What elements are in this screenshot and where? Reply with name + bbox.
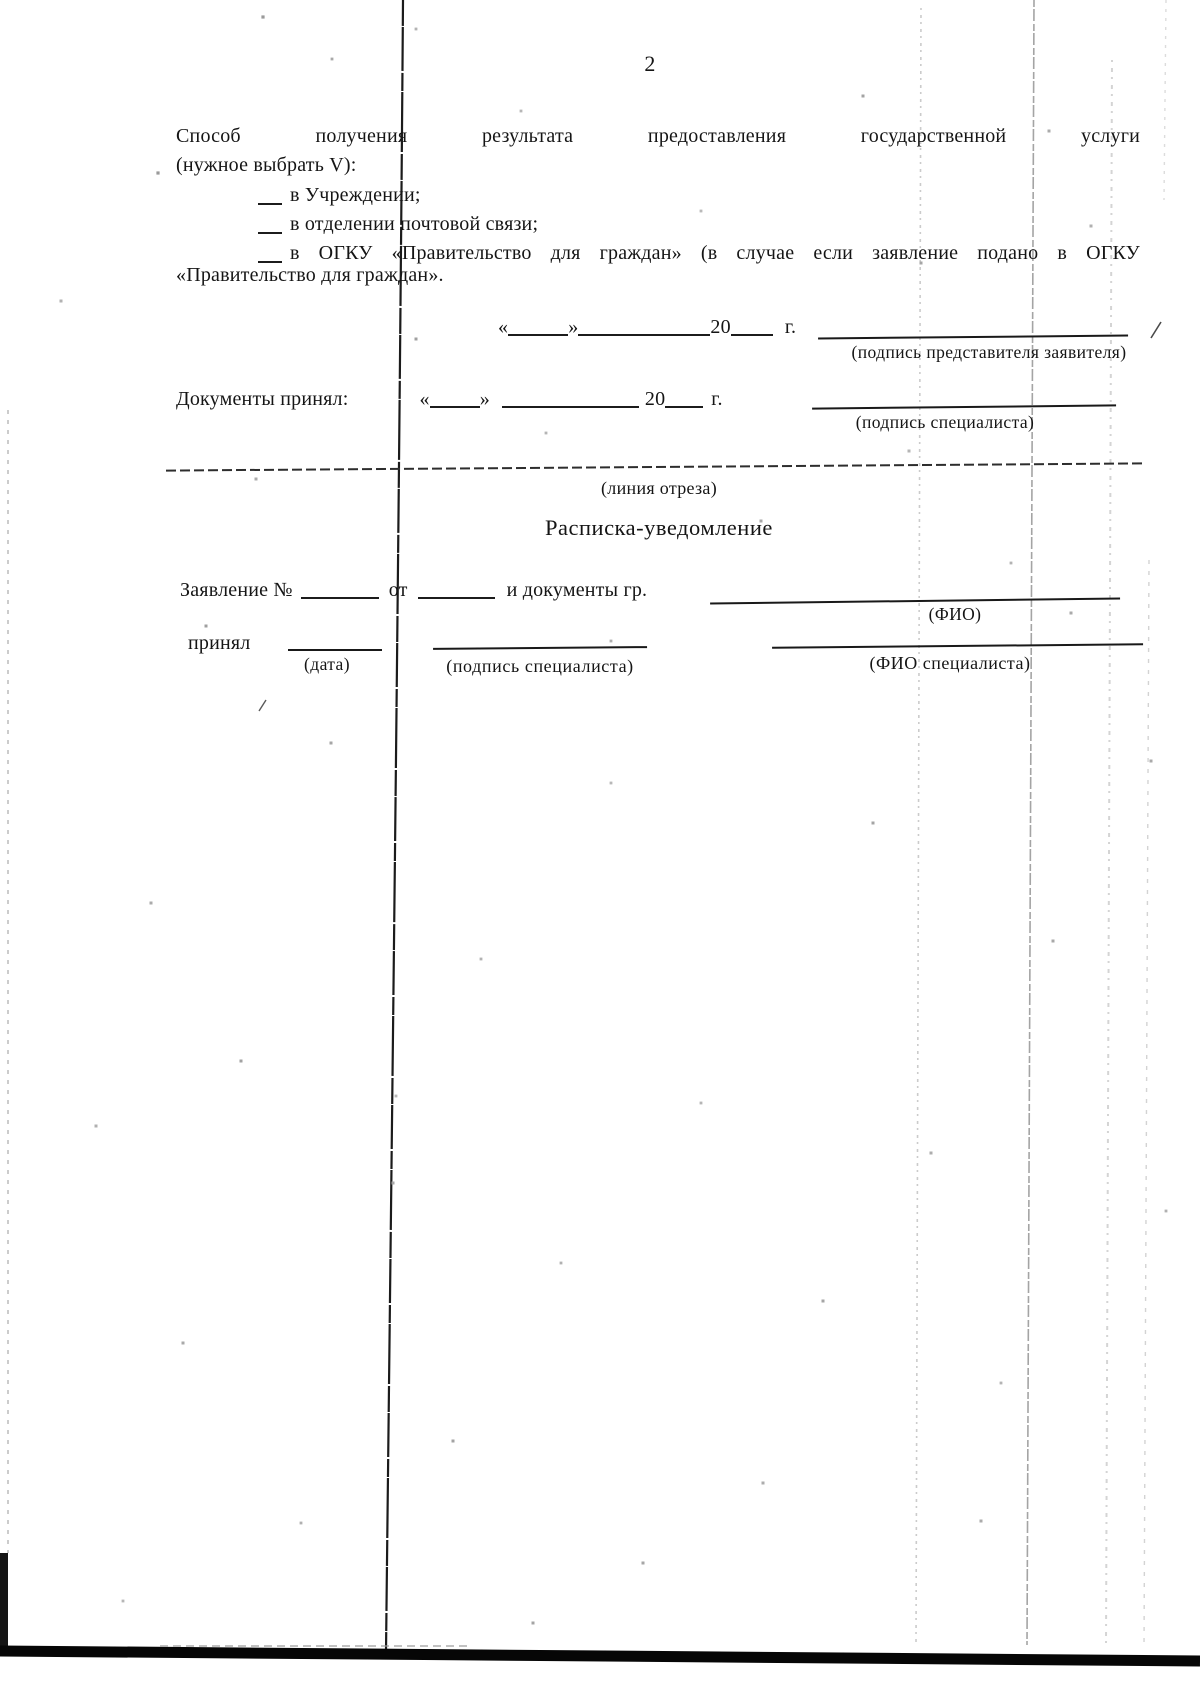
docs-label: и документы гр.: [507, 579, 648, 601]
citizen-fio-blank: [710, 583, 1120, 604]
applicant-signature-caption: (подпись представителя заявителя): [836, 342, 1142, 362]
year-suffix: г.: [711, 388, 722, 410]
receipt-title: Расписка-уведомление: [545, 516, 773, 540]
year-blank: [665, 392, 703, 408]
month-blank: [502, 392, 639, 408]
scan-streak: [1106, 60, 1112, 1645]
scan-noise-dots: [0, 0, 2, 2]
scan-streak: [1164, 0, 1166, 200]
method-option-label: в отделении почтовой связи;: [290, 213, 538, 235]
method-title: Способ получения результата предоставлен…: [176, 124, 1140, 148]
receipt-specialist-signature-caption: (подпись специалиста): [432, 656, 648, 676]
day-blank: [508, 320, 568, 336]
open-quote: «: [419, 388, 429, 410]
page-number: 2: [630, 52, 670, 76]
year-blank: [731, 320, 773, 336]
day-blank: [430, 392, 480, 408]
receipt-specialist-fio-caption: (ФИО специалиста): [858, 653, 1042, 673]
year-prefix: 20: [645, 388, 665, 410]
method-option-ogku: в ОГКУ «Правительство для граждан» (в сл…: [258, 241, 1140, 265]
receipt-fio-blank: [772, 629, 1143, 649]
method-option-continuation: «Правительство для граждан».: [176, 263, 444, 287]
scan-edge-bottom: [0, 1651, 1200, 1661]
month-blank: [578, 320, 710, 336]
scanned-document-page: 2 Способ получения результата предоставл…: [0, 0, 1200, 1684]
application-date-blank: [418, 583, 495, 599]
method-option-post: в отделении почтовой связи;: [258, 212, 538, 236]
method-subtitle: (нужное выбрать V):: [176, 153, 356, 177]
applicant-date-row: «»20г.: [498, 315, 796, 339]
checkbox-blank: [258, 249, 282, 263]
specialist-signature-blank: [812, 389, 1116, 409]
date-caption: (дата): [296, 654, 358, 674]
scan-edge-left: [0, 1553, 8, 1655]
close-quote: »: [568, 316, 578, 338]
specialist-signature-caption: (подпись специалиста): [845, 412, 1045, 432]
open-quote: «: [498, 316, 508, 338]
scan-streak: [1144, 560, 1149, 1648]
application-number-blank: [301, 583, 379, 599]
application-row: Заявление №оти документы гр.: [180, 578, 647, 602]
application-label: Заявление №: [180, 579, 293, 601]
checkbox-blank: [258, 191, 282, 205]
scan-slash-mark: [1151, 322, 1161, 338]
method-option-institution: в Учреждении;: [258, 183, 421, 207]
year-suffix: г.: [785, 316, 796, 338]
received-label: принял: [188, 631, 251, 655]
year-prefix: 20: [710, 316, 730, 338]
receipt-date-blank: [288, 636, 382, 651]
from-label: от: [389, 579, 408, 601]
cut-line-caption: (линия отреза): [601, 478, 717, 498]
cut-dashed-line: [166, 462, 1144, 471]
method-option-label: в ОГКУ «Правительство для граждан» (в сл…: [290, 242, 1140, 264]
checkbox-blank: [258, 220, 282, 234]
docs-received-row: Документы принял:«»20г.: [176, 387, 723, 411]
receipt-signature-blank: [433, 633, 647, 650]
scan-slash-mark: [259, 700, 266, 711]
applicant-signature-blank: [818, 321, 1128, 340]
docs-received-label: Документы принял:: [176, 388, 348, 410]
method-option-label: в Учреждении;: [290, 184, 421, 206]
fio-caption: (ФИО): [900, 604, 1010, 624]
close-quote: »: [480, 388, 490, 410]
